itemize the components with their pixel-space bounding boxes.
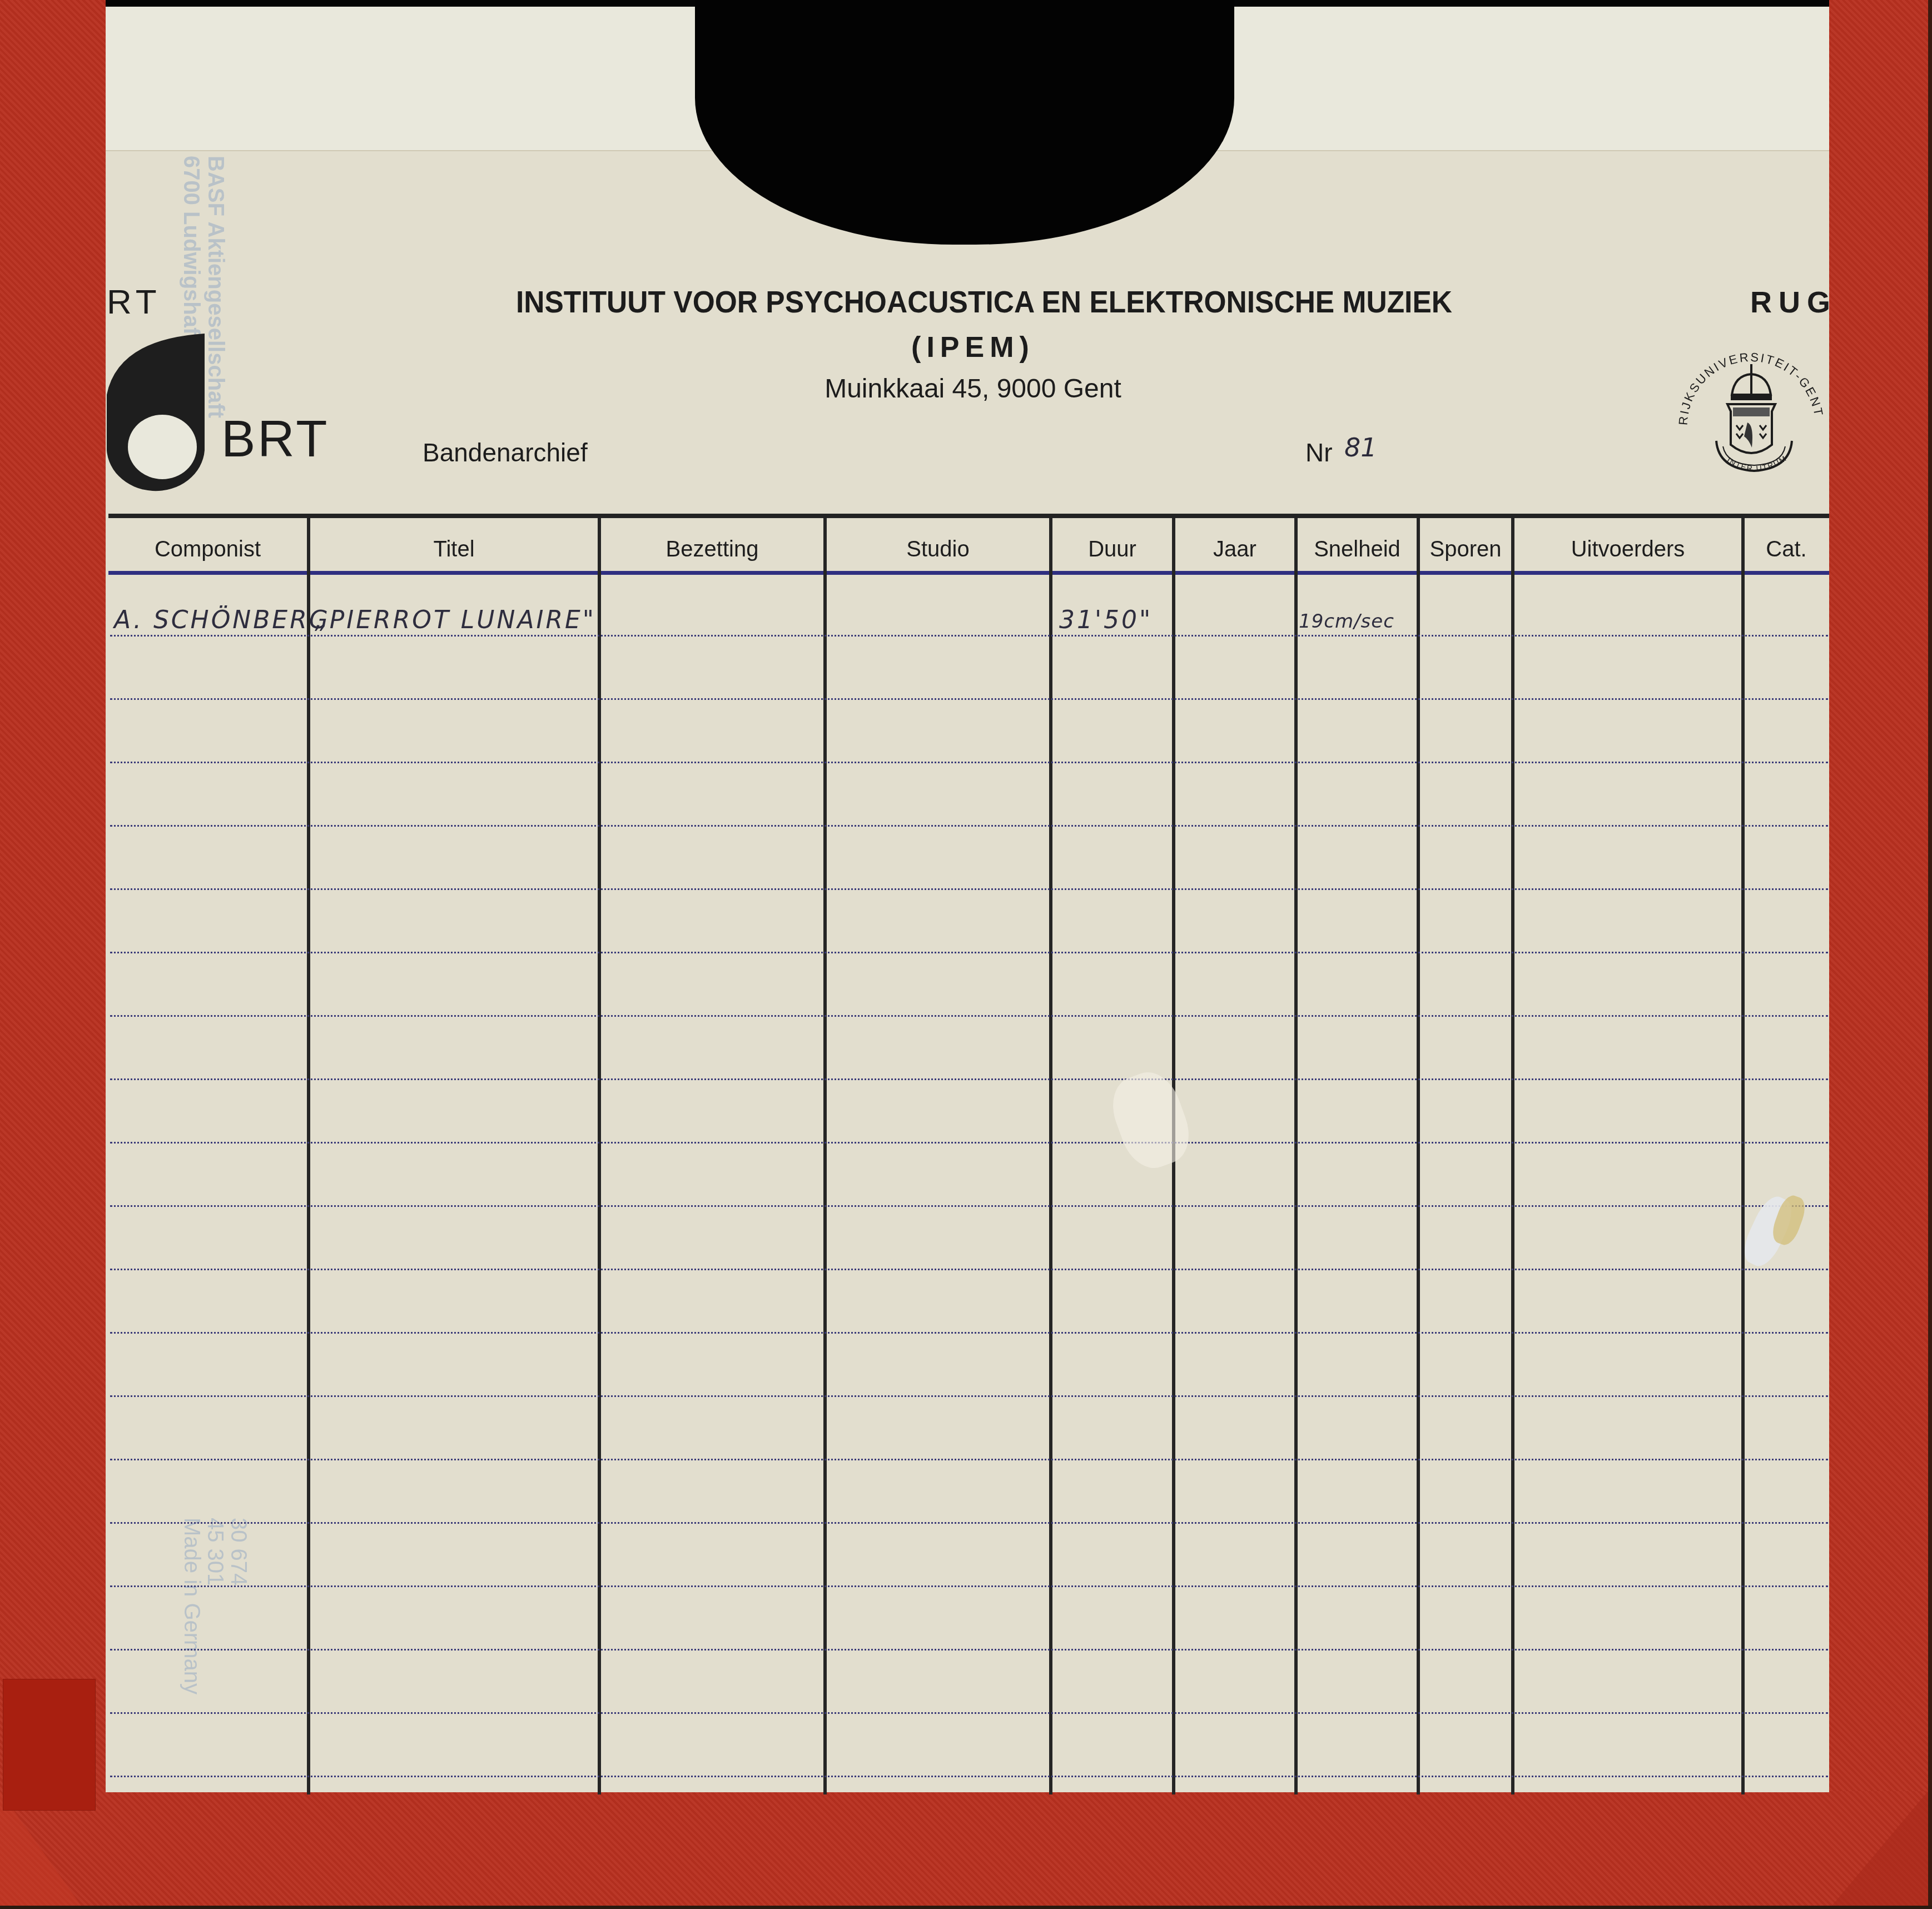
- table-row-line: [110, 698, 1828, 700]
- column-header-bezetting: Bezetting: [601, 534, 823, 565]
- institute-acronym: (IPEM): [778, 331, 1168, 364]
- table-row-line: [110, 888, 1828, 890]
- brt-logo-icon: [107, 334, 205, 494]
- number-label: Nr: [1305, 438, 1333, 468]
- column-divider: [598, 518, 601, 1794]
- table-row-line: [110, 635, 1828, 637]
- column-header-componist: Componist: [108, 534, 307, 565]
- binding-corner-fold-right: [1829, 1791, 1928, 1909]
- table-row-line: [110, 762, 1828, 763]
- binding-tape-patch: [3, 1679, 96, 1811]
- column-divider: [307, 518, 310, 1794]
- archive-label: Bandenarchief: [423, 438, 588, 468]
- red-binding-left: [0, 0, 106, 1909]
- column-divider: [1049, 518, 1052, 1794]
- table-row-line: [110, 1712, 1828, 1714]
- cell-titel: „PIERROT LUNAIRE": [315, 606, 596, 634]
- table-row-line: [110, 1015, 1828, 1017]
- table-row-line: [110, 1142, 1828, 1144]
- column-header-jaar: Jaar: [1175, 534, 1294, 565]
- table-row-line: [110, 1269, 1828, 1270]
- table-top-rule: [108, 514, 1829, 518]
- column-header-sporen: Sporen: [1420, 534, 1511, 565]
- number-handwritten-value: 81: [1344, 432, 1377, 463]
- column-divider: [1511, 518, 1514, 1794]
- red-binding-bottom: [0, 1791, 1928, 1909]
- column-header-snelheid: Snelheid: [1298, 534, 1417, 565]
- watermark-line: 30 674: [227, 1518, 250, 1694]
- red-binding-right: [1829, 0, 1928, 1909]
- column-header-studio: Studio: [827, 534, 1049, 565]
- table-row-line: [110, 825, 1828, 827]
- brt-fragment-label: RT: [107, 282, 161, 322]
- table-row-line: [110, 1078, 1828, 1080]
- table-row-line: [110, 1776, 1828, 1777]
- table-row-line: [110, 952, 1828, 953]
- box-edge-bottom: [0, 1906, 1932, 1909]
- table-row-line: [110, 1332, 1828, 1334]
- university-seal-icon: RIJKSUNIVERSITEIT-GENT INTER UTRUMQUE: [1665, 342, 1832, 486]
- table-row-line: [110, 1522, 1828, 1524]
- cell-duur: 31'50": [1059, 606, 1153, 634]
- cell-componist: A. SCHÖNBERG: [114, 606, 330, 634]
- brt-logo-text: BRT: [221, 410, 329, 469]
- box-edge-right: [1928, 0, 1932, 1909]
- rug-label: RUG: [1750, 285, 1837, 320]
- column-divider: [823, 518, 827, 1794]
- column-divider: [1294, 518, 1298, 1794]
- table-row-line: [110, 1395, 1828, 1397]
- cell-snelheid: 19cm/sec: [1299, 610, 1394, 633]
- institute-title: INSTITUUT VOOR PSYCHOACUSTICA EN ELEKTRO…: [447, 284, 1521, 320]
- column-divider: [1417, 518, 1420, 1794]
- table-row-line: [110, 1649, 1828, 1651]
- archive-card: [106, 7, 1829, 1792]
- table-row-line: [110, 1459, 1828, 1460]
- column-header-titel: Titel: [310, 534, 598, 565]
- table-row-line: [110, 1205, 1828, 1207]
- column-divider: [1741, 518, 1745, 1794]
- column-header-cat: Cat.: [1745, 534, 1828, 565]
- table-header-rule: [108, 571, 1829, 575]
- watermark-line: Made in Germany: [180, 1518, 203, 1694]
- column-header-duur: Duur: [1052, 534, 1172, 565]
- institute-address: Muinkkaai 45, 9000 Gent: [723, 374, 1223, 404]
- table-row-line: [110, 1585, 1828, 1587]
- column-header-uitvoerders: Uitvoerders: [1514, 534, 1741, 565]
- watermark-line: 45 301: [203, 1518, 227, 1694]
- product-code-watermark: 30 674 45 301 Made in Germany: [180, 1518, 250, 1694]
- watermark-line: BASF Aktiengesellschaft: [203, 156, 228, 418]
